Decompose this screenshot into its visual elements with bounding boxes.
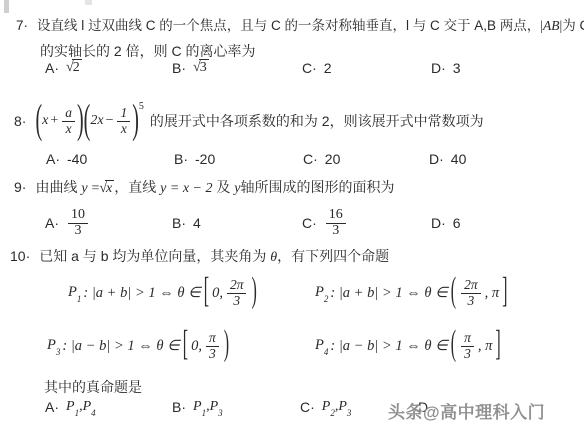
interval-close-bracket: ) (224, 325, 229, 366)
fraction-denominator: 3 (461, 293, 481, 308)
option-label: C· (303, 151, 318, 167)
proposition-p2: P2 : |a + b| > 1 ⇔ θ ∈ ( 2π 3 , π ] (315, 270, 508, 316)
option-value: 20 (325, 151, 341, 167)
p-subscript: 4 (91, 408, 96, 418)
q8-option-d: D· 40 (429, 151, 466, 167)
plus-sign: + (50, 113, 58, 129)
p-subscript: 3 (56, 347, 61, 357)
interval-lower: 0, (191, 338, 202, 355)
option-value: -40 (67, 151, 87, 167)
question-9-text: 及 (216, 179, 230, 195)
fraction-denominator: 3 (461, 346, 474, 361)
propositions-row-2: P3 : |a − b| > 1 ⇔ θ ∈ [ 0, π 3 ) P4 : |… (0, 323, 584, 369)
fraction-denominator: 3 (326, 223, 346, 239)
p-symbol: P4 (315, 337, 328, 355)
exponent-5: 5 (139, 101, 144, 112)
segment-ab-math: AB (543, 18, 560, 33)
q8-option-b: B· -20 (174, 151, 215, 167)
proposition-p1: P1 : |a + b| > 1 ⇔ θ ∈ [ 0, 2π 3 ) (68, 270, 258, 316)
p-symbol: P1 (68, 284, 81, 302)
math-y-equals-x-minus-2: y = x − 2 (160, 181, 212, 196)
proposition-body: : |a + b| > 1 ⇔ θ ∈ (330, 285, 447, 302)
p-subscript: 1 (75, 408, 80, 418)
p-subscript: 2 (330, 408, 335, 418)
interval-upper: , π (478, 338, 493, 355)
p-subscript: 3 (347, 408, 352, 418)
math-x: x (42, 113, 48, 129)
big-paren-close: ) (77, 97, 84, 144)
interval-open-bracket: ( (451, 272, 456, 313)
q8-option-c: C· 20 (303, 151, 340, 167)
radicand: 2 (72, 59, 82, 75)
option-value: -20 (195, 151, 215, 167)
question-10-text: 已知 a 与 b 均为单位向量，其夹角为 (39, 248, 266, 264)
option-label: A· (45, 399, 59, 415)
fraction-10-over-3: 10 3 (68, 208, 88, 238)
fraction-a-over-x: a x (62, 106, 75, 135)
q10-option-b: B· P1,P3 (172, 399, 223, 416)
q7-option-b: B· √3 (172, 60, 209, 76)
fraction-numerator: 10 (68, 208, 88, 223)
option-label: B· (172, 215, 186, 231)
sqrt-expression: √3 (193, 60, 209, 75)
proposition-body: : |a + b| > 1 ⇔ θ ∈ (83, 285, 200, 302)
proposition-p4: P4 : |a − b| > 1 ⇔ θ ∈ ( π 3 , π ] (315, 323, 502, 369)
question-8-options: A· -40 B· -20 C· 20 D· 40 (0, 151, 584, 173)
math-2x: 2x (90, 113, 103, 129)
p-subscript: 1 (77, 294, 82, 304)
option-label: D· (431, 215, 446, 231)
fraction-2pi-over-3: 2π 3 (461, 278, 481, 307)
radicand: 3 (199, 59, 209, 75)
option-label: C· (300, 399, 315, 415)
fraction-16-over-3: 16 3 (326, 208, 346, 238)
fraction-numerator: 16 (326, 208, 346, 223)
question-10-text: ，有下列四个命题 (277, 248, 389, 264)
question-8-text: 的展开式中各项系数的和为 2，则该展开式中常数项为 (150, 111, 484, 131)
minus-sign: − (106, 113, 114, 129)
fraction-numerator: 2π (227, 278, 247, 292)
question-7-options: A· √2 B· √3 C· 2 D· 3 (0, 60, 584, 86)
option-value: 4 (193, 215, 201, 231)
fraction-numerator: 2π (461, 278, 481, 292)
option-value: 2 (324, 60, 332, 76)
question-9-text: 由曲线 (35, 179, 77, 195)
proposition-p3: P3 : |a − b| > 1 ⇔ θ ∈ [ 0, π 3 ) (47, 323, 230, 369)
question-7-text: 设直线 l 过双曲线 C 的一个焦点，且与 C 的一条对称轴垂直，l 与 C 交… (37, 18, 540, 33)
interval-lower: 0, (212, 285, 223, 302)
fraction-denominator: 3 (227, 293, 247, 308)
propositions-row-1: P1 : |a + b| > 1 ⇔ θ ∈ [ 0, 2π 3 ) P2 : … (0, 270, 584, 316)
fraction-2pi-over-3: 2π 3 (227, 278, 247, 307)
question-9-line: 9·由曲线 y =√x，直线 y = x − 2 及 y轴所围成的图形的面积为 (14, 177, 394, 197)
question-7-text-end: 为 C (562, 18, 584, 33)
big-paren-open: ( (84, 97, 91, 144)
q9-option-a: A· 10 3 (45, 203, 90, 243)
fraction-1-over-x: 1 x (117, 106, 130, 135)
option-value: 3 (453, 60, 461, 76)
question-9-text: 轴所围成的图形的面积为 (240, 179, 394, 195)
fraction-denominator: x (62, 121, 75, 136)
option-label: D· (431, 60, 446, 76)
option-label: A· (46, 151, 60, 167)
interval-close-bracket: ] (502, 272, 507, 313)
question-7-number: 7· (16, 18, 28, 33)
q7-option-c: C· 2 (302, 60, 332, 76)
sqrt-expression: √2 (66, 60, 82, 75)
option-label: C· (302, 215, 317, 231)
option-label: B· (172, 60, 186, 76)
interval-close-bracket: ] (495, 325, 500, 366)
question-8-line: 8· ( x + a x ) ( 2x − 1 x ) 5 的展开式中各项系数的… (14, 97, 484, 145)
question-10-number: 10· (10, 248, 30, 264)
question-7-line2: 的实轴长的 2 倍，则 C 的离心率为 (40, 41, 255, 61)
option-label: A· (45, 60, 59, 76)
radicand: x (105, 180, 114, 196)
question-9-options: A· 10 3 B· 4 C· 16 3 D· 6 (0, 203, 584, 243)
option-label: C· (302, 60, 317, 76)
option-label: D· (429, 151, 444, 167)
watermark: 头条@高中理科入门 (388, 398, 545, 423)
question-9-text: ，直线 (114, 179, 156, 195)
fraction-denominator: 3 (68, 223, 88, 239)
p-symbol: P2 (315, 284, 328, 302)
sqrt-x: √x (99, 180, 114, 196)
option-value: 6 (453, 215, 461, 231)
proposition-body: : |a − b| > 1 ⇔ θ ∈ (330, 338, 447, 355)
q10-option-a: A· P1,P4 (45, 399, 96, 416)
big-paren-open: ( (35, 97, 42, 144)
q7-option-d: D· 3 (431, 60, 461, 76)
question-7-line1: 7·设直线 l 过双曲线 C 的一个焦点，且与 C 的一条对称轴垂直，l 与 C… (16, 14, 584, 34)
option-label: A· (45, 215, 59, 231)
p-symbol: P3 (47, 337, 60, 355)
scan-artifact (85, 0, 92, 5)
question-10-line: 10·已知 a 与 b 均为单位向量，其夹角为 θ，有下列四个命题 (10, 246, 389, 266)
interval-close-bracket: ) (251, 272, 256, 313)
q9-option-c: C· 16 3 (302, 203, 348, 243)
q8-option-a: A· -40 (46, 151, 87, 167)
q7-option-a: A· √2 (45, 60, 82, 76)
interval-upper: , π (485, 285, 500, 302)
p-subscript: 2 (324, 294, 329, 304)
option-label: B· (174, 151, 188, 167)
q9-option-b: B· 4 (172, 203, 201, 243)
q10-option-c: C· P2,P3 (300, 399, 351, 416)
equals-sign: = (91, 181, 99, 196)
fraction-numerator: π (206, 331, 219, 345)
fraction-denominator: 3 (206, 346, 219, 361)
fraction-numerator: 1 (117, 106, 130, 120)
question-8-number: 8· (14, 113, 26, 129)
interval-open-bracket: ( (451, 325, 456, 366)
option-value: P1,P4 (66, 399, 96, 416)
fraction-numerator: π (461, 331, 474, 345)
option-value: 40 (451, 151, 467, 167)
fraction-pi-over-3: π 3 (461, 331, 474, 360)
option-label: B· (172, 399, 186, 415)
question-9-number: 9· (14, 179, 26, 195)
fraction-denominator: x (117, 121, 130, 136)
question-10-stem: 其中的真命题是 (44, 377, 142, 397)
proposition-body: : |a − b| > 1 ⇔ θ ∈ (62, 338, 179, 355)
interval-open-bracket: [ (204, 272, 209, 313)
p-subscript: 4 (324, 347, 329, 357)
exam-page: 7·设直线 l 过双曲线 C 的一个焦点，且与 C 的一条对称轴垂直，l 与 C… (0, 0, 584, 431)
option-value: P1,P3 (193, 399, 223, 416)
p-subscript: 1 (202, 408, 207, 418)
big-paren-close: ) (132, 97, 139, 144)
math-y: y (81, 181, 87, 196)
interval-open-bracket: [ (183, 325, 188, 366)
fraction-numerator: a (62, 106, 75, 120)
p-subscript: 3 (218, 408, 223, 418)
scan-artifact (4, 0, 9, 13)
option-value: P2,P3 (322, 399, 352, 416)
fraction-pi-over-3: π 3 (206, 331, 219, 360)
q9-option-d: D· 6 (431, 203, 461, 243)
